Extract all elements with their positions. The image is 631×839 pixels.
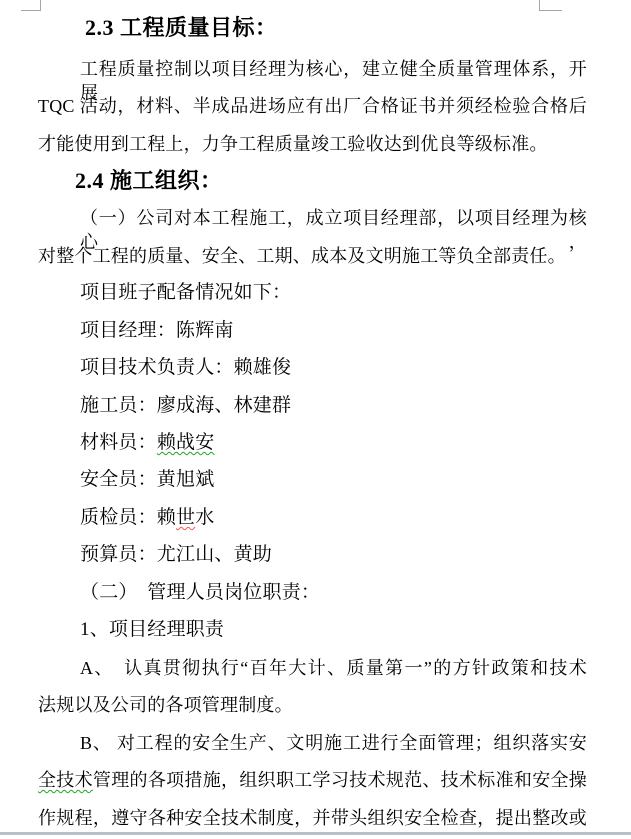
document-page: 2.3 工程质量目标： 工程质量控制以项目经理为核心，建立健全质量管理体系，开展… (0, 0, 631, 839)
duty-a-line-1: A、 认真贯彻执行“百年大计、质量第一”的方针政策和技术 (80, 656, 587, 680)
quality-paragraph-line-3: 才能使用到工程上，力争工程质量竣工验收达到优良等级标准。 (38, 132, 548, 156)
quality-paragraph-line-2: TQC 活动，材料、半成品进场应有出厂合格证书并须经检验合格后 (38, 94, 587, 118)
duty-a-line-2: 法规以及公司的各项管理制度。 (38, 693, 293, 717)
duty-b-line-2-rest: 管理的各项措施，组织职工学习技术规范、技术标准和安全操 (93, 770, 587, 790)
staff-material-label: 材料员： (80, 432, 157, 453)
margin-crop-mark-top-right (539, 0, 562, 11)
staff-quality: 质检员：赖世水 (80, 506, 214, 530)
construction-org-heading: 2.4 施工组织： (75, 168, 223, 194)
staff-quality-pre: 质检员：赖 (80, 507, 176, 528)
duties-item-1: 1、项目经理职责 (80, 618, 224, 642)
org-paragraph-line-2: 对整个工程的质量、安全、工期、成本及文明施工等负全部责任。 (38, 244, 566, 268)
team-intro-line: 项目班子配备情况如下： (80, 281, 291, 305)
duties-section-heading: （二） 管理人员岗位职责： (80, 581, 320, 605)
window-bottom-edge (0, 832, 631, 835)
staff-tech-lead: 项目技术负责人：赖雄俊 (80, 356, 291, 380)
staff-constructors: 施工员：廖成海、林建群 (80, 394, 291, 418)
quality-target-heading: 2.3 工程质量目标： (85, 15, 278, 41)
staff-budget: 预算员：尤江山、黄助 (80, 543, 272, 567)
duty-b-line-2: 全技术管理的各项措施，组织职工学习技术规范、技术标准和安全操 (38, 768, 587, 792)
staff-safety: 安全员：黄旭斌 (80, 468, 214, 492)
staff-material-name-spellcheck: 赖战安 (157, 432, 215, 453)
staff-material: 材料员：赖战安 (80, 431, 214, 455)
staff-quality-spellcheck: 世 (176, 507, 195, 528)
duty-b-line-3: 作规程，遵守各种安全技术制度，并带头组织安全检查，提出整改或 (38, 806, 587, 830)
duty-b-line-2-spellcheck: 全技术 (38, 770, 93, 790)
staff-project-manager: 项目经理：陈辉南 (80, 319, 234, 343)
staff-quality-post: 水 (195, 507, 214, 528)
margin-crop-mark-top-left (21, 0, 41, 11)
duty-b-line-1: B、 对工程的安全生产、文明施工进行全面管理；组织落实安 (80, 731, 587, 755)
